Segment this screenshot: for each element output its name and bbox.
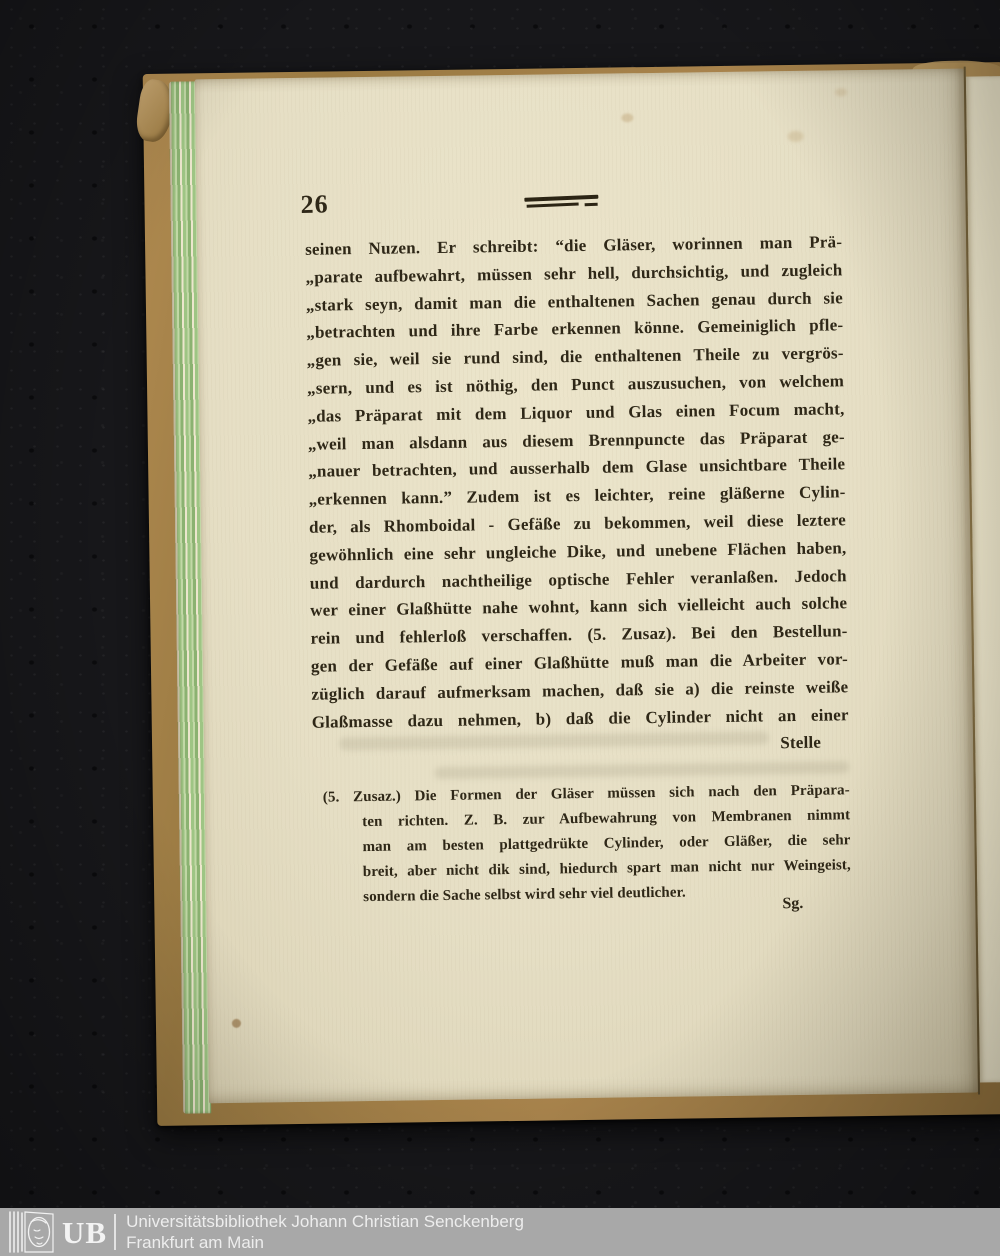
body-text: seinen Nuzen. Er schreibt: “die Gläser, … bbox=[305, 228, 849, 764]
book-page: 26 seinen Nuzen. Er schreibt: “die Gläse… bbox=[195, 69, 978, 1104]
foxing-spot bbox=[788, 131, 804, 142]
library-logo: UB bbox=[8, 1210, 107, 1254]
goethe-portrait-icon bbox=[8, 1210, 60, 1254]
ink-showthrough bbox=[434, 761, 849, 779]
foxing-spot bbox=[621, 113, 633, 122]
library-banner: UB Universitätsbibliothek Johann Christi… bbox=[0, 1208, 1000, 1256]
banner-divider bbox=[114, 1214, 116, 1250]
foxing-spot bbox=[232, 1019, 241, 1028]
footnote: (5. Zusaz.) Die Formen der Gläser müssen… bbox=[323, 778, 852, 910]
page-number: 26 bbox=[300, 189, 329, 220]
rule-top-bar bbox=[524, 195, 598, 202]
book: 26 seinen Nuzen. Er schreibt: “die Gläse… bbox=[143, 62, 1000, 1126]
library-name: Universitätsbibliothek Johann Christian … bbox=[126, 1211, 524, 1232]
header-rule bbox=[524, 195, 598, 210]
foxing-spot bbox=[835, 88, 847, 96]
library-name-block: Universitätsbibliothek Johann Christian … bbox=[126, 1211, 524, 1253]
rule-bottom-bar bbox=[527, 203, 579, 208]
ub-logo-text: UB bbox=[62, 1217, 107, 1248]
library-city: Frankfurt am Main bbox=[126, 1232, 524, 1253]
rule-bottom-bar bbox=[585, 203, 598, 207]
